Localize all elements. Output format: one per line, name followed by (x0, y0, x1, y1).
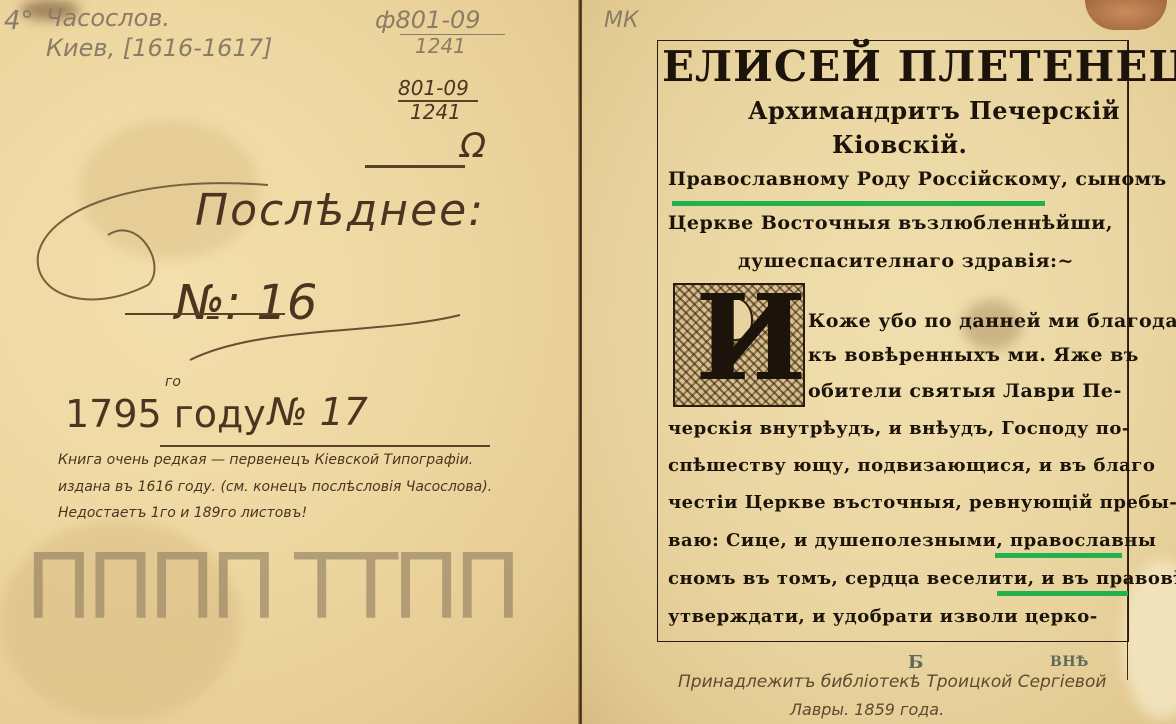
catalog-title: Часослов. (46, 4, 170, 32)
text-line-4: Коже убо по данней ми благодати (808, 310, 1176, 332)
stamp-fragment: ВНѢ (1050, 654, 1089, 670)
heading-name: ЕЛИСЕЙ ПЛЕТЕНЕЦКІЙ, (662, 42, 1176, 91)
text-line-9: честіи Церкве въсточныя, ревнующій пребы… (668, 492, 1176, 513)
text-line-1: Православному Роду Россійскому, сыномъ (668, 168, 1167, 190)
year-number: № 17 (268, 390, 368, 434)
shelfmark-top: ф801-09 (375, 6, 481, 34)
left-page: 4° Часослов. Киев, [1616-1617] ф801-09 1… (0, 0, 582, 724)
year-note-superscript: го (165, 374, 181, 390)
note-line-3: Недостаетъ 1го и 189го листовъ! (58, 505, 307, 521)
stamp-letter: Б (908, 652, 924, 673)
text-line-11: сномъ въ томъ, сердца веселити, и въ пра… (668, 568, 1176, 589)
small-mark: Ω (460, 126, 486, 166)
shelf-format: 4° (4, 6, 34, 36)
text-line-5: къ вовѣренныхъ ми. Яже въ (808, 344, 1139, 366)
note-line-1: Книга очень редкая — первенецъ Кіевской … (58, 452, 473, 468)
catalog-place-date: Киев, [1616-1617] (46, 34, 272, 62)
heading-place: Кіовскій. (832, 130, 967, 159)
highlight-underline-1 (672, 201, 1045, 206)
shelfmark-second-denominator: 1241 (410, 100, 461, 124)
shelfmark-second: 801-09 (398, 76, 469, 100)
text-line-12: утверждати, и удобрати изволи церко- (668, 606, 1098, 627)
ownership-line-1: Принадлежитъ библіотекѣ Троицкой Сергіев… (678, 672, 1106, 692)
dropcap-letter: И (695, 279, 807, 397)
corner-initials: МК (604, 8, 639, 33)
text-line-6: обители святыя Лаври Пе- (808, 380, 1122, 402)
year-note: 1795 году (65, 392, 266, 436)
highlight-underline-3 (997, 591, 1128, 596)
heading-title: Архимандритъ Печерскій (748, 96, 1120, 125)
pen-trial-scribbles: ПППП ТТПП (25, 535, 516, 640)
book-spread: 4° Часослов. Киев, [1616-1617] ф801-09 1… (0, 0, 1176, 724)
ownership-line-2: Лавры. 1859 года. (790, 700, 944, 719)
text-line-8: спѣшеству ющу, подвизающися, и въ благо (668, 455, 1155, 476)
text-line-10: ваю: Сице, и душеполезными, православны (668, 530, 1156, 551)
flourish-swash (180, 305, 470, 365)
note-line-2: издана въ 1616 году. (см. конецъ послѣсл… (58, 479, 492, 495)
text-line-7: черскія внутрѣудъ, и внѣудъ, Господу по- (668, 418, 1130, 439)
highlight-underline-2 (995, 553, 1122, 558)
text-line-2: Церкве Восточныя възлюбленнѣйши, (668, 212, 1113, 234)
shelfmark-top-denominator: 1241 (415, 34, 466, 58)
signature-script: Послѣднее: (195, 185, 485, 236)
illuminated-dropcap: И (673, 283, 805, 407)
